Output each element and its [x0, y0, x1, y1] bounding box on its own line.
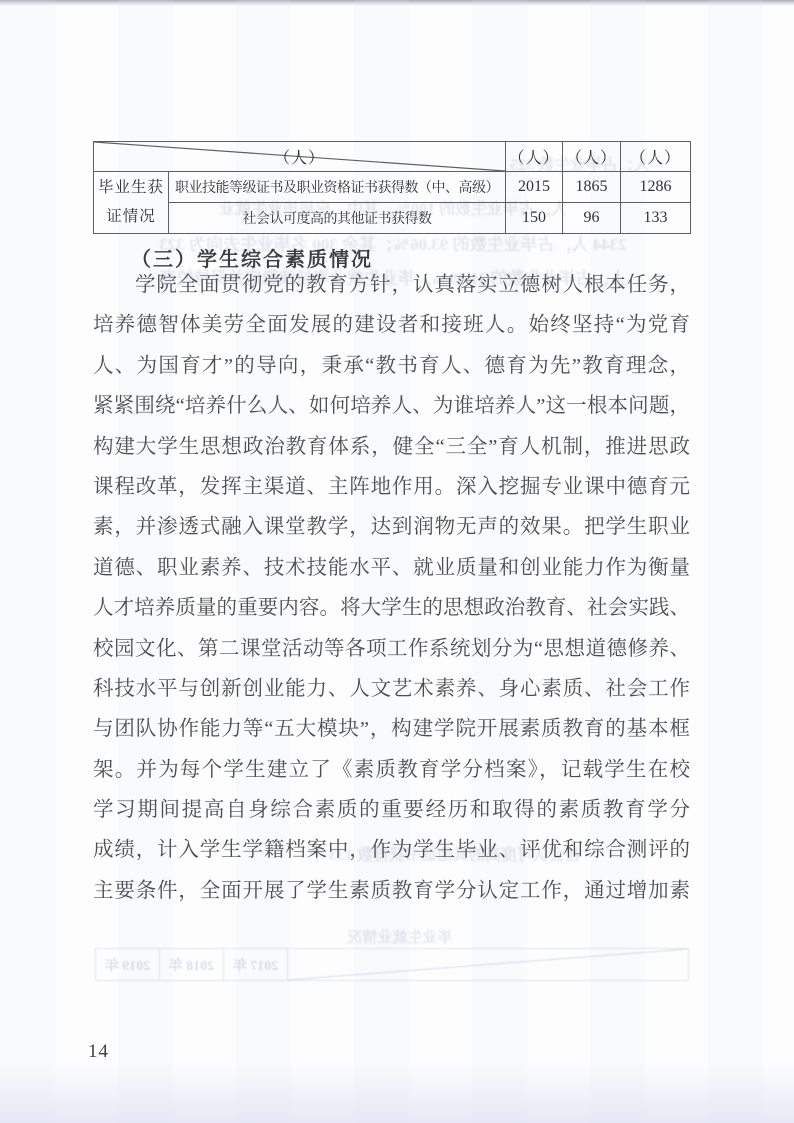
paragraph-line: 学院全面贯彻党的教育方针，认真落实立德树人根本任务， — [93, 265, 690, 305]
certificate-table: （人） （人） （人） （人） 毕业生获 证情况 职业技能等级证书及职业资格证书… — [93, 141, 691, 234]
cell-value: 133 — [621, 203, 691, 234]
bleedthrough-diagonal-cell — [288, 949, 688, 980]
cell-value: 150 — [506, 203, 563, 234]
row-group-label-line2: 证情况 — [94, 203, 168, 232]
paragraph-line: 人、为国育才”的导向，秉承“教书育人、德育为先”教育理念， — [93, 346, 690, 386]
paragraph-line: 培养德智体美劳全面发展的建设者和接班人。始终坚持“为党育 — [93, 305, 690, 345]
paragraph-line: 校园文化、第二课堂活动等各项工作系统划分为“思想道德修养、 — [93, 629, 690, 669]
bleedthrough-year-cell: 2018 年 — [160, 949, 224, 980]
bleedthrough-years-table: 2017 年2018 年2019 年 — [95, 948, 689, 981]
table-header-row: （人） （人） （人） （人） — [94, 142, 691, 172]
document-page: 2017 年2018 年2019 年 人；占毕业生数 325人，占毕业生数的 1… — [0, 0, 794, 1123]
cell-value: 2015 — [506, 172, 563, 203]
cell-value: 1286 — [621, 172, 691, 203]
cell-value: 96 — [563, 203, 621, 234]
unit-label: （人） — [274, 150, 325, 167]
body-paragraph: 学院全面贯彻党的教育方针，认真落实立德树人根本任务，培养德智体美劳全面发展的建设… — [93, 265, 690, 911]
bleedthrough-year-cell: 2019 年 — [96, 949, 160, 980]
table-row: 毕业生获 证情况 职业技能等级证书及职业资格证书获得数（中、高级） 2015 1… — [94, 172, 691, 203]
unit-label-col1: （人） — [506, 142, 563, 172]
paragraph-line: 道德、职业素养、技术技能水平、就业质量和创业能力作为衡量 — [93, 548, 690, 588]
table-row: 社会认可度高的其他证书获得数 150 96 133 — [94, 203, 691, 234]
table-header-merged-cell: （人） — [94, 142, 506, 172]
cell-value: 1865 — [563, 172, 621, 203]
scan-bottom-tint — [0, 1063, 794, 1123]
row-group-label: 毕业生获 证情况 — [94, 172, 169, 234]
paragraph-line: 成绩，计入学生学籍档案中，作为学生毕业、评优和综合测评的 — [93, 830, 690, 870]
paragraph-line: 主要条件，全面开展了学生素质教育学分认定工作，通过增加素 — [93, 871, 690, 911]
paragraph-line: 科技水平与创新创业能力、人文艺术素养、身心素质、社会工作 — [93, 669, 690, 709]
diagonal-line — [288, 949, 688, 980]
unit-label-col3: （人） — [621, 142, 691, 172]
paragraph-line: 课程改革，发挥主渠道、主阵地作用。深入挖掘专业课中德育元 — [93, 467, 690, 507]
paragraph-line: 人才培养质量的重要内容。将大学生的思想政治教育、社会实践、 — [93, 588, 690, 628]
paragraph-line: 架。并为每个学生建立了《素质教育学分档案》，记载学生在校 — [93, 750, 690, 790]
page-number: 14 — [88, 1041, 109, 1063]
unit-label-col2: （人） — [563, 142, 621, 172]
bleedthrough-years-row: 2017 年2018 年2019 年 — [96, 949, 288, 980]
row-description: 职业技能等级证书及职业资格证书获得数（中、高级） — [169, 172, 506, 203]
paragraph-line: 素，并渗透式融入课堂教学，达到润物无声的效果。把学生职业 — [93, 507, 690, 547]
paragraph-line: 与团队协作能力等“五大模块”，构建学院开展素质教育的基本框 — [93, 709, 690, 749]
row-description: 社会认可度高的其他证书获得数 — [169, 203, 506, 234]
paragraph-line: 紧紧围绕“培养什么人、如何培养人、为谁培养人”这一根本问题， — [93, 386, 690, 426]
bleedthrough-year-cell: 2017 年 — [224, 949, 288, 980]
scan-top-edge — [0, 0, 794, 6]
paragraph-line: 构建大学生思想政治教育体系，健全“三全”育人机制，推进思政 — [93, 427, 690, 467]
row-group-label-line1: 毕业生获 — [94, 174, 168, 203]
bleedthrough-text: 毕业生就业情况 — [280, 926, 520, 947]
paragraph-line: 学习期间提高自身综合素质的重要经历和取得的素质教育学分 — [93, 790, 690, 830]
